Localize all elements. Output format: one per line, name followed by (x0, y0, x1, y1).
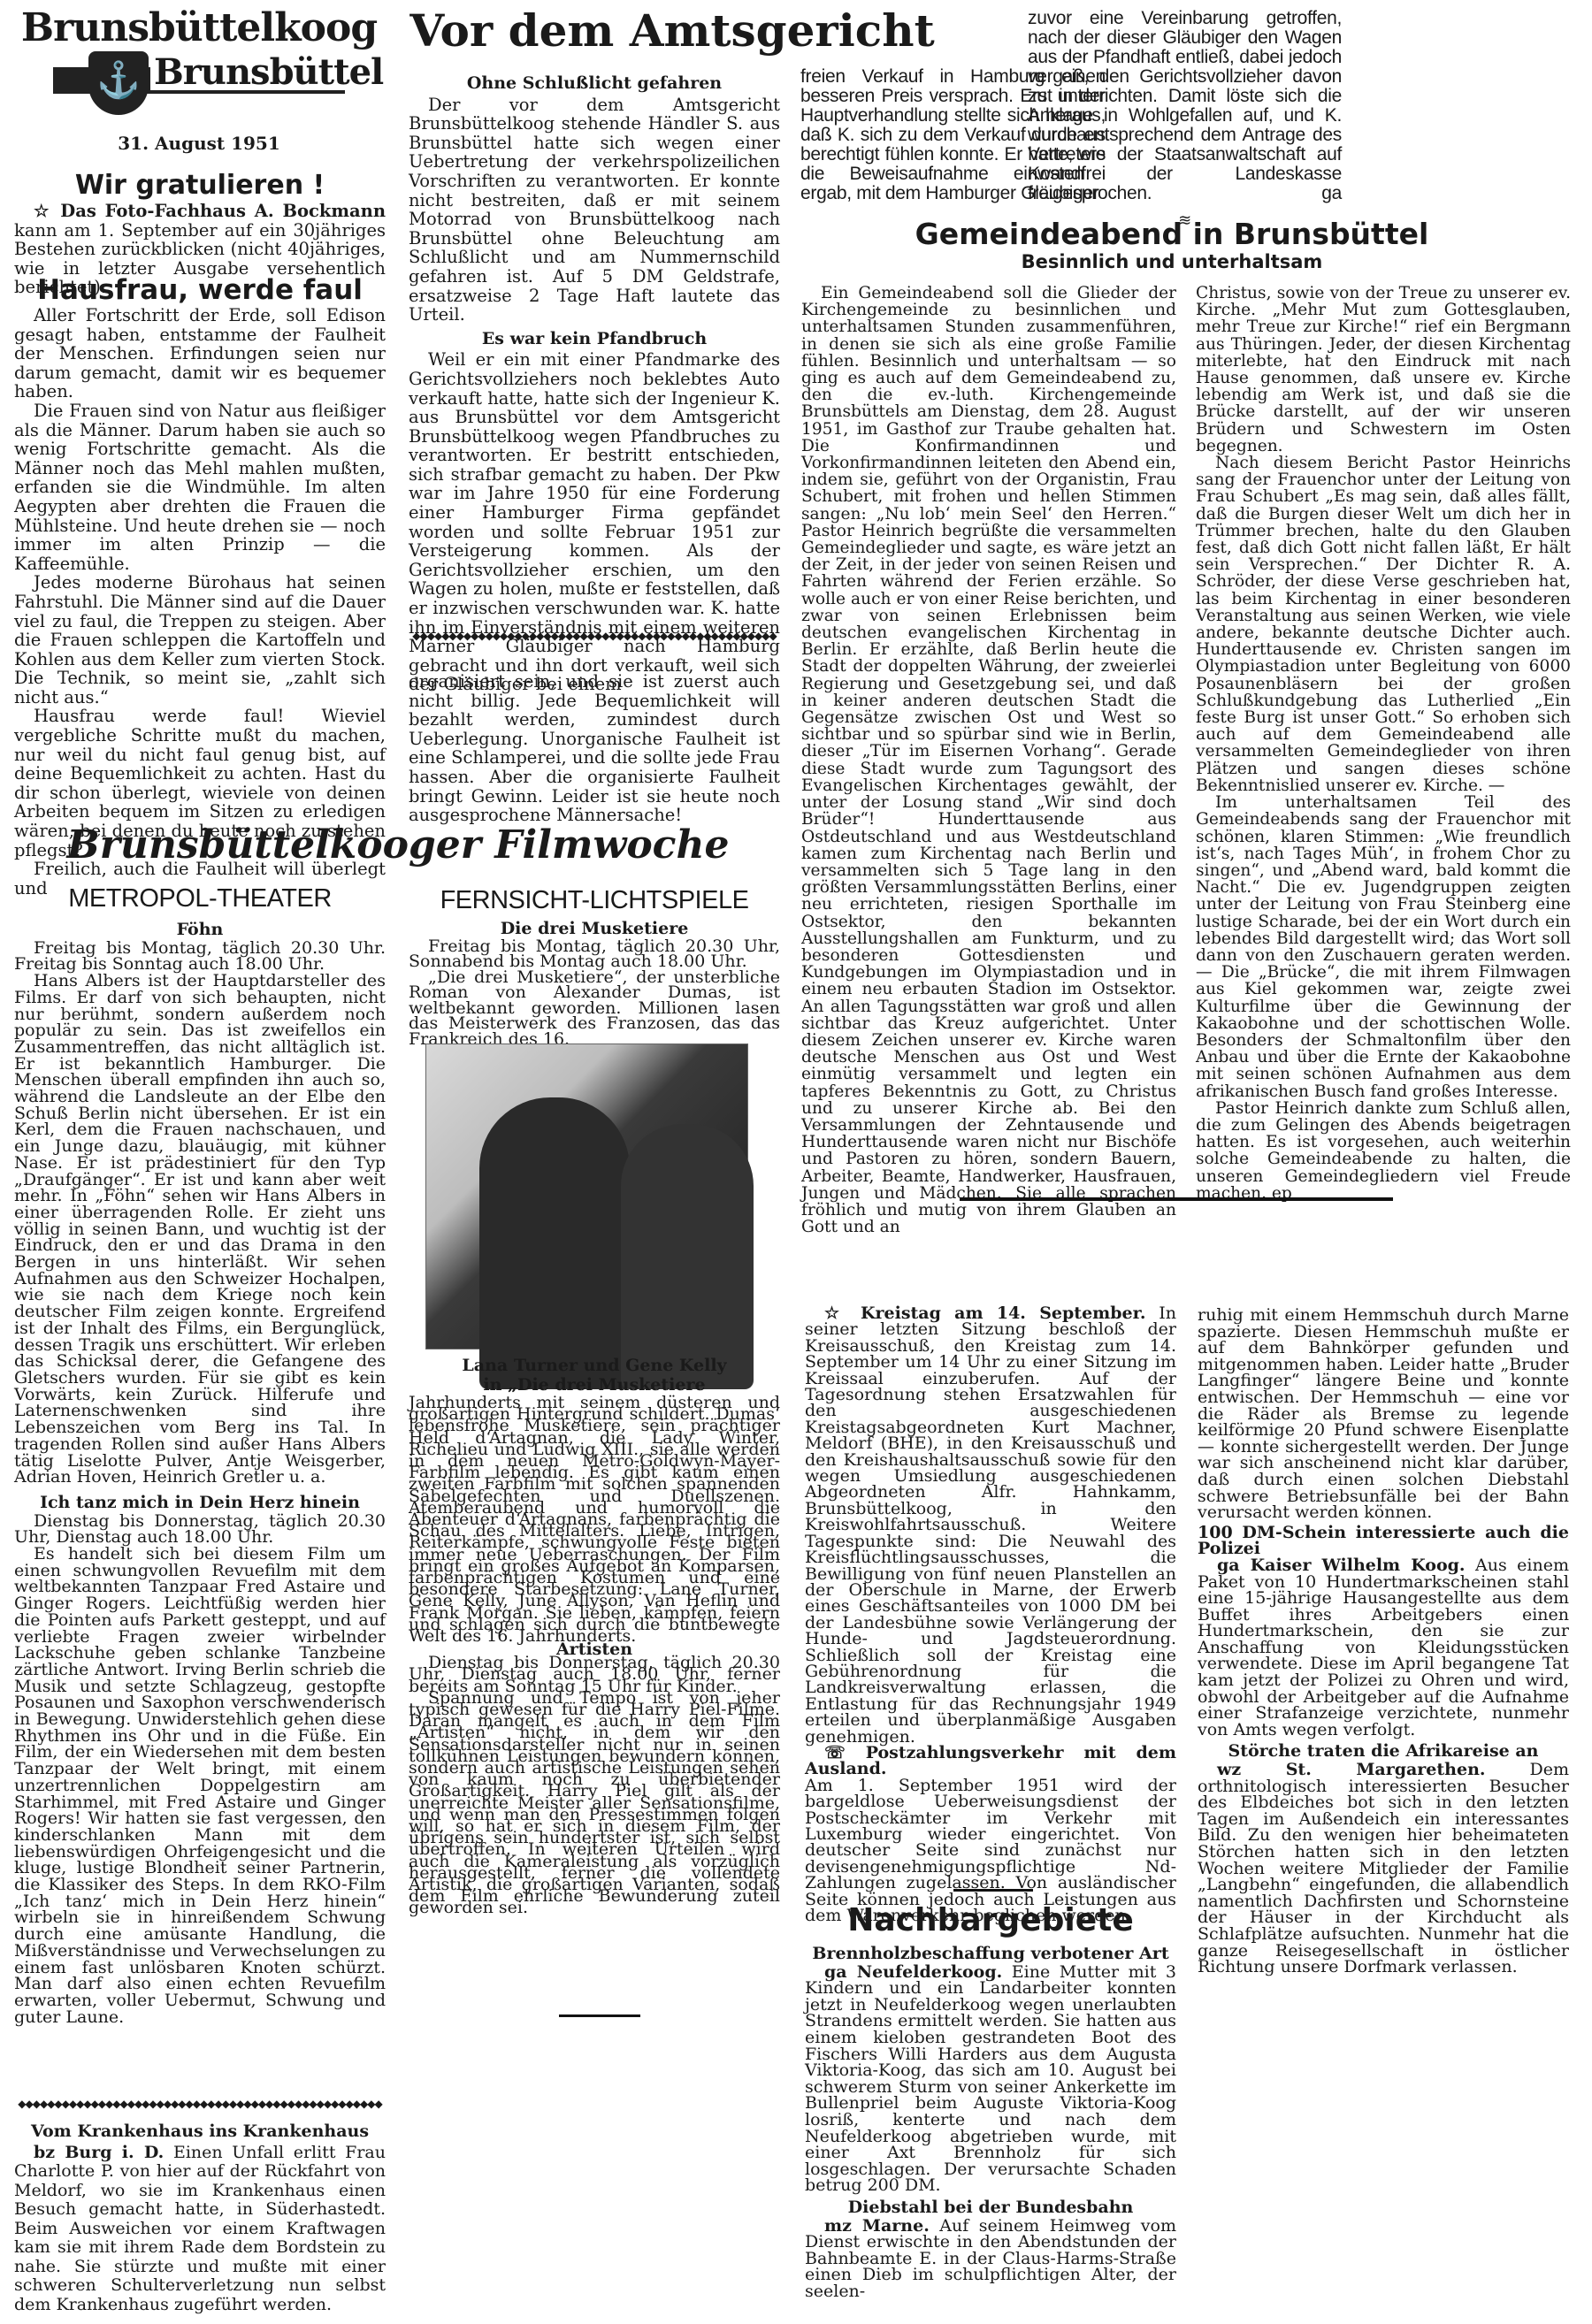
gemeindeabend-col1: Ein Gemeindeabend soll die Glieder der K… (801, 285, 1176, 1235)
headline-amtsgericht: Vor dem Amtsgericht (398, 5, 946, 57)
masthead-line1: Brunsbüttelkoog (18, 9, 380, 48)
film-title-musketiere: Die drei Musketiere (409, 921, 780, 937)
masthead: Brunsbüttelkoog ⚓ Brunsbüttel 31. August… (18, 9, 380, 154)
headline-gratulieren: Wir gratulieren ! (14, 170, 386, 202)
author-initials: ga (1321, 184, 1342, 203)
section-divider-3 (953, 1889, 1033, 1892)
subhead-brennholz: Brennholzbeschaffung verbotener Art (805, 1946, 1176, 1962)
fernsicht-column-bottom: Jahrhunderts mit seinem düsteren und gro… (409, 1397, 780, 1915)
issue-date: 31. August 1951 (18, 133, 380, 154)
nachbargebiete-col1: Brennholzbeschaffung verbotener Art ga N… (805, 1946, 1176, 2299)
article-krankenhaus: Vom Krankenhaus ins Krankenhaus bz Burg … (14, 2122, 386, 2314)
subhead-diebstahl: Diebstahl bei der Bundesbahn (805, 2199, 1176, 2216)
subhead-pfandbruch: Es war kein Pfandbruch (409, 330, 780, 349)
gemeindeabend-col2: Christus, sowie von der Treue zu unserer… (1196, 285, 1571, 1202)
subhead-krankenhaus: Vom Krankenhaus ins Krankenhaus (14, 2122, 386, 2142)
article-kreistag: ☆ Kreistag am 14. September. In seiner l… (805, 1305, 1176, 1923)
film-still-photo (425, 1044, 748, 1349)
headline-filmwoche: Brunsbüttelkooger Filmwoche (35, 822, 761, 868)
film-title-foehn: Föhn (14, 921, 386, 938)
section-divider-2 (559, 2014, 640, 2017)
subhead-schlusslicht: Ohne Schlußlicht gefahren (409, 74, 780, 94)
theater-metropol: METROPOL-THEATER (14, 884, 386, 914)
photo-figure-lana-turner (621, 1124, 754, 1389)
headline-hausfrau: Hausfrau, werde faul (14, 274, 386, 306)
article-hausfrau: Hausfrau, werde faul Aller Fortschritt d… (14, 274, 386, 898)
subhead-stoerche: Störche traten die Afrikareise an (1198, 1743, 1569, 1760)
subheadline-gemeindeabend: Besinnlich und unterhaltsam (840, 251, 1504, 272)
amtsgericht-col1: Ohne Schlußlicht gefahren Der vor dem Am… (409, 69, 780, 694)
photo-caption: Lana Turner und Gene Kelly in „Die drei … (409, 1356, 780, 1395)
subhead-100dm: 100 DM-Schein interessierte auch die Pol… (1198, 1525, 1569, 1557)
diamond-divider: ◆◆◆◆◆◆◆◆◆◆◆◆◆◆◆◆◆◆◆◆◆◆◆◆◆◆◆◆◆◆◆◆◆◆◆◆◆◆◆◆… (409, 630, 780, 642)
headline-gemeindeabend: Gemeindeabend in Brunsbüttel (840, 218, 1504, 251)
diamond-divider-2: ◆◆◆◆◆◆◆◆◆◆◆◆◆◆◆◆◆◆◆◆◆◆◆◆◆◆◆◆◆◆◆◆◆◆◆◆◆◆◆◆… (14, 2098, 386, 2110)
section-divider (960, 1197, 1393, 1201)
fernsicht-column-top: Die drei Musketiere Freitag bis Montag, … (409, 921, 780, 1047)
masthead-line2: Brunsbüttel (150, 55, 387, 90)
coat-of-arms-icon: ⚓ (88, 51, 149, 115)
nachbargebiete-col2: ruhig mit einem Hemmschuh durch Marne sp… (1198, 1307, 1569, 1976)
headline-nachbargebiete: Nachbargebiete (805, 1901, 1176, 1940)
film-title-ich-tanz: Ich tanz mich in Dein Herz hinein (14, 1495, 386, 1511)
metropol-column: Föhn Freitag bis Montag, täglich 20.30 U… (14, 921, 386, 2025)
theater-fernsicht: FERNSICHT-LICHTSPIELE (409, 886, 780, 915)
amtsgericht-col3: zuvor eine Vereinbarung getroffen, nach … (1028, 9, 1342, 230)
photo-figure-gene-kelly (479, 1097, 630, 1389)
hausfrau-continuation: organisiert sein, und sie ist zuerst auc… (409, 672, 780, 825)
